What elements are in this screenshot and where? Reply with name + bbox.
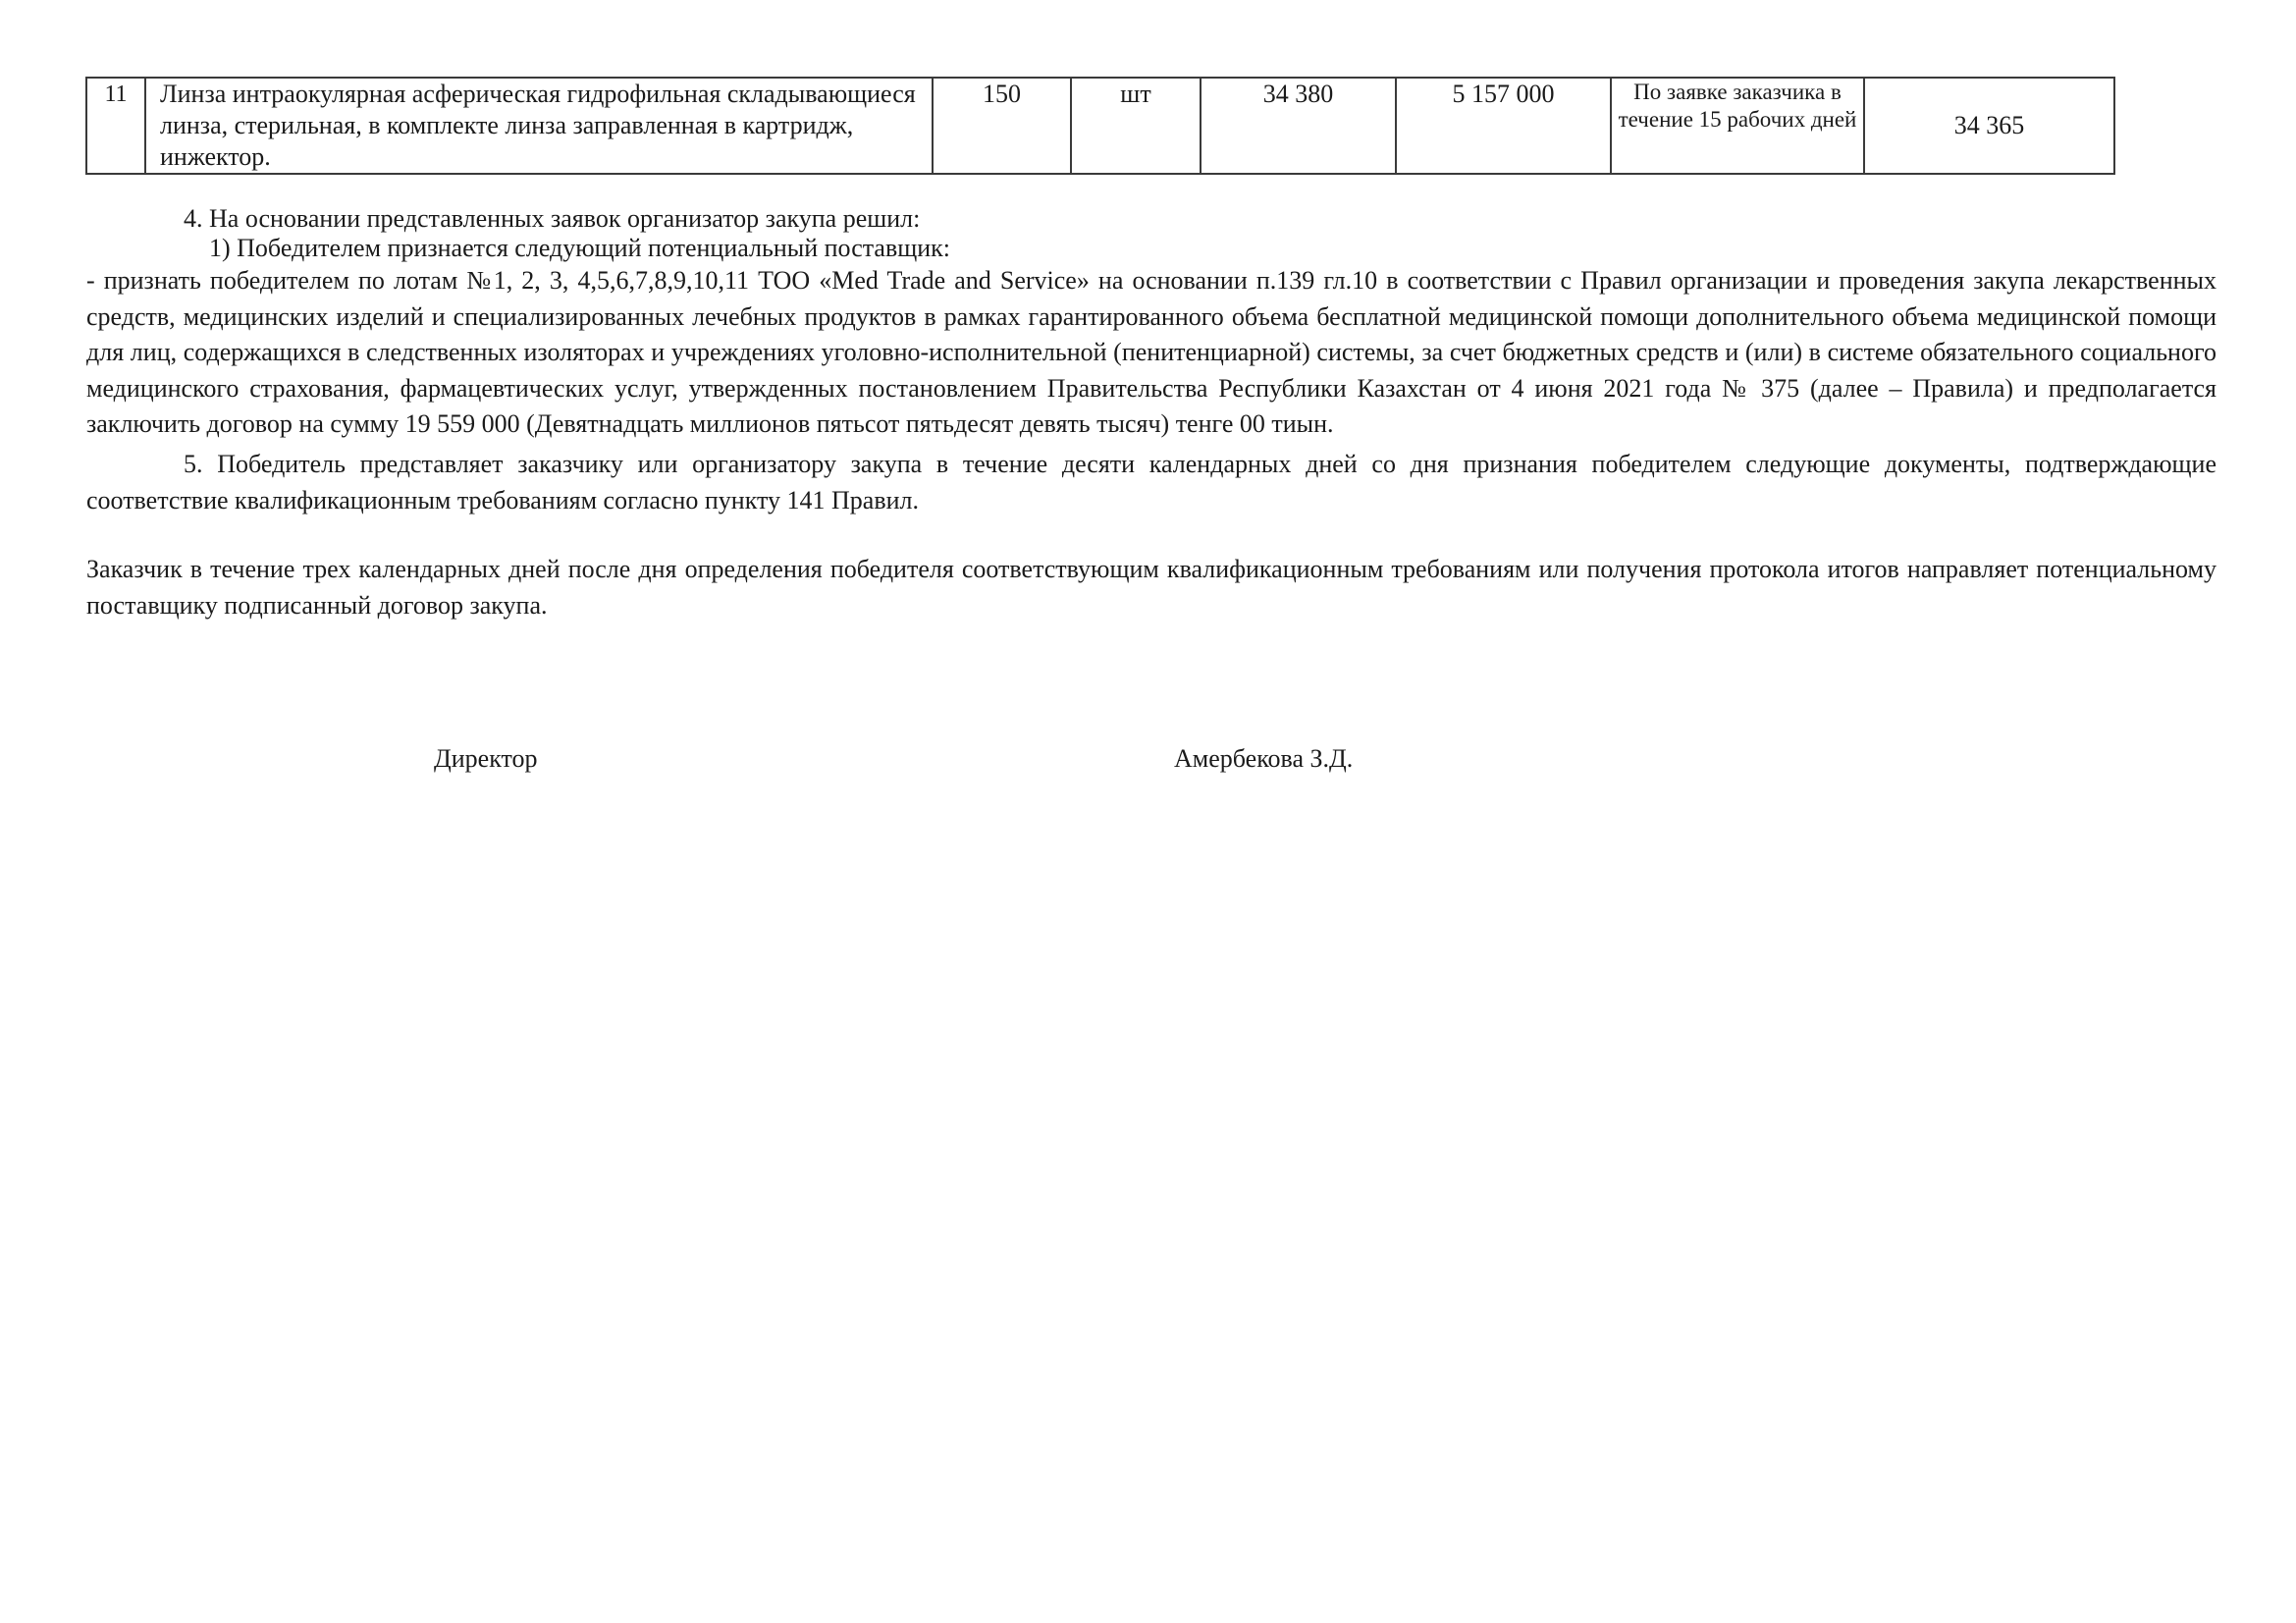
section4-heading: 4. На основании представленных заявок ор… xyxy=(184,204,920,234)
lot-name-cell: Линза интраокулярная асферическая гидроф… xyxy=(145,78,933,174)
lot-table: 11 Линза интраокулярная асферическая гид… xyxy=(85,77,2115,175)
total-sum-cell: 5 157 000 xyxy=(1396,78,1611,174)
unit-price: 34 380 xyxy=(1201,79,1395,110)
section5-body: 5. Победитель представляет заказчику или… xyxy=(86,447,2216,518)
unit-cell: шт xyxy=(1071,78,1201,174)
signature-name: Амербекова З.Д. xyxy=(1174,744,1353,774)
quantity: 150 xyxy=(934,79,1070,110)
document-page: 11 Линза интраокулярная асферическая гид… xyxy=(0,0,2296,1623)
closing-paragraph: Заказчик в течение трех календарных дней… xyxy=(86,552,2216,623)
unit-price-cell: 34 380 xyxy=(1201,78,1396,174)
lot-name: Линза интраокулярная асферическая гидроф… xyxy=(160,79,932,173)
offered-price-cell: 34 365 xyxy=(1864,78,2114,174)
signature-role: Директор xyxy=(434,744,538,774)
lot-number: 11 xyxy=(87,79,144,110)
section4-subheading: 1) Победителем признается следующий поте… xyxy=(209,234,950,263)
delivery-term-cell: По заявке заказчика в течение 15 рабочих… xyxy=(1611,78,1864,174)
table-row: 11 Линза интраокулярная асферическая гид… xyxy=(86,78,2114,174)
offered-price: 34 365 xyxy=(1865,110,2113,141)
delivery-term: По заявке заказчика в течение 15 рабочих… xyxy=(1612,79,1863,134)
unit: шт xyxy=(1072,79,1200,110)
total-sum: 5 157 000 xyxy=(1397,79,1610,110)
quantity-cell: 150 xyxy=(933,78,1071,174)
lot-number-cell: 11 xyxy=(86,78,145,174)
section4-body: - признать победителем по лотам №1, 2, 3… xyxy=(86,263,2216,443)
